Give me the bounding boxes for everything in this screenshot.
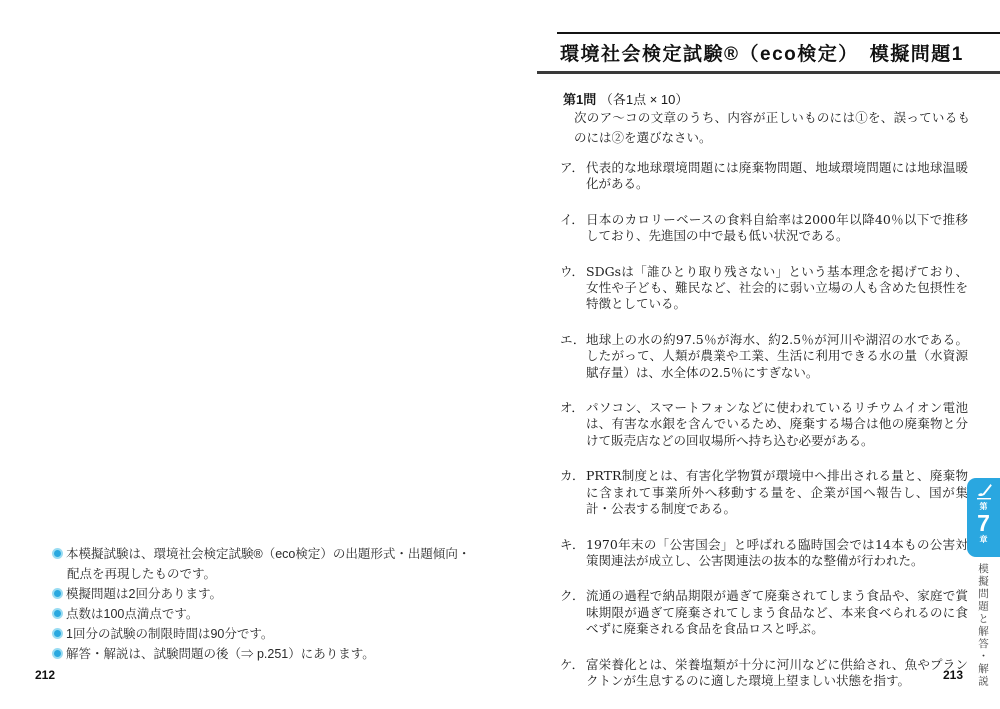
page-title: 環境社会検定試験®（eco検定） 模擬問題1 [560,39,1000,66]
exam-notes-list: 本模擬試験は、環境社会検定試験®（eco検定）の出題形式・出題傾向・配点を再現し… [52,544,472,664]
chapter-tab: 第 7 章 [967,478,1000,557]
question-item: エ． 地球上の水の約97.5％が海水、約2.5％が河川や湖沼の水である。したがっ… [560,332,968,381]
question-item-text: 1970年末の「公害国会」と呼ばれる臨時国会では14本もの公害対策関連法が成立し… [586,537,968,570]
question-item-list: ア． 代表的な地球環境問題には廃棄物問題、地域環境問題には地球温暖化がある。 イ… [560,160,968,708]
exam-note-text: 解答・解説は、試験問題の後（⇒ p.251）にあります。 [66,647,375,661]
bullet-icon [52,608,63,619]
question-heading: 第1問 （各1点 × 10） [563,89,688,108]
question-item: ク． 流通の過程で納品期限が過ぎて廃棄されてしまう食品や、家庭で賞味期限が過ぎて… [560,588,968,637]
bullet-icon [52,628,63,639]
exam-note: 解答・解説は、試験問題の後（⇒ p.251）にあります。 [52,644,472,664]
question-item-label: ケ． [560,657,586,690]
question-item-text: パソコン、スマートフォンなどに使われているリチウムイオン電池は、有害な水銀を含ん… [586,400,968,449]
question-item-text: 代表的な地球環境問題には廃棄物問題、地域環境問題には地球温暖化がある。 [586,160,968,193]
left-page-number: 212 [35,668,55,682]
exam-note: 模擬問題は2回分あります。 [52,584,472,604]
question-item: ウ． SDGsは「誰ひとり取り残さない」という基本理念を掲げており、女性や子ども… [560,264,968,313]
question-item-text: PRTR制度とは、有害化学物質が環境中へ排出される量と、廃棄物に含まれて事業所外… [586,468,968,517]
question-instruction: 次のア〜コの文章のうち、内容が正しいものには①を、誤っているものには②を選びなさ… [574,108,970,148]
chapter-number: 7 [977,511,990,535]
question-item-text: 富栄養化とは、栄養塩類が十分に河川などに供給され、魚やプランクトンが生息するのに… [586,657,968,690]
question-item-text: 流通の過程で納品期限が過ぎて廃棄されてしまう食品や、家庭で賞味期限が過ぎて廃棄さ… [586,588,968,637]
exam-note-text: 模擬問題は2回分あります。 [66,587,222,601]
question-item: イ． 日本のカロリーベースの食料自給率は2000年以降40％以下で推移しており、… [560,212,968,245]
question-item-text: 日本のカロリーベースの食料自給率は2000年以降40％以下で推移しており、先進国… [586,212,968,245]
question-item: カ． PRTR制度とは、有害化学物質が環境中へ排出される量と、廃棄物に含まれて事… [560,468,968,517]
exam-note: 1回分の試験の制限時間は90分です。 [52,624,472,644]
quill-leaf-icon [974,482,994,502]
exam-note: 本模擬試験は、環境社会検定試験®（eco検定）の出題形式・出題傾向・配点を再現し… [52,544,472,584]
question-item-label: ク． [560,588,586,637]
bullet-icon [52,548,63,559]
question-item-label: エ． [560,332,586,381]
header-rule-top [557,32,1000,34]
chapter-side-label: 模擬問題と解答・解説 [976,563,991,688]
question-item: ア． 代表的な地球環境問題には廃棄物問題、地域環境問題には地球温暖化がある。 [560,160,968,193]
exam-note-text: 本模擬試験は、環境社会検定試験®（eco検定）の出題形式・出題傾向・配点を再現し… [66,547,470,581]
question-item-label: ウ． [560,264,586,313]
question-item: ケ． 富栄養化とは、栄養塩類が十分に河川などに供給され、魚やプランクトンが生息す… [560,657,968,690]
exam-note-text: 点数は100点満点です。 [66,607,198,621]
question-item-text: 地球上の水の約97.5％が海水、約2.5％が河川や湖沼の水である。したがって、人… [586,332,968,381]
bullet-icon [52,588,63,599]
question-item-label: カ． [560,468,586,517]
exam-note-text: 1回分の試験の制限時間は90分です。 [66,627,273,641]
question-points: （各1点 × 10） [600,92,689,107]
header-rule-bottom [537,71,1000,74]
question-number: 第1問 [563,92,596,107]
question-item-label: オ． [560,400,586,449]
question-item-label: ア． [560,160,586,193]
question-item-label: イ． [560,212,586,245]
question-item: オ． パソコン、スマートフォンなどに使われているリチウムイオン電池は、有害な水銀… [560,400,968,449]
question-item-label: キ． [560,537,586,570]
bullet-icon [52,648,63,659]
question-item-text: SDGsは「誰ひとり取り残さない」という基本理念を掲げており、女性や子ども、難民… [586,264,968,313]
question-item: キ． 1970年末の「公害国会」と呼ばれる臨時国会では14本もの公害対策関連法が… [560,537,968,570]
right-page-number: 213 [943,668,963,682]
exam-note: 点数は100点満点です。 [52,604,472,624]
chapter-suffix: 章 [980,535,988,544]
